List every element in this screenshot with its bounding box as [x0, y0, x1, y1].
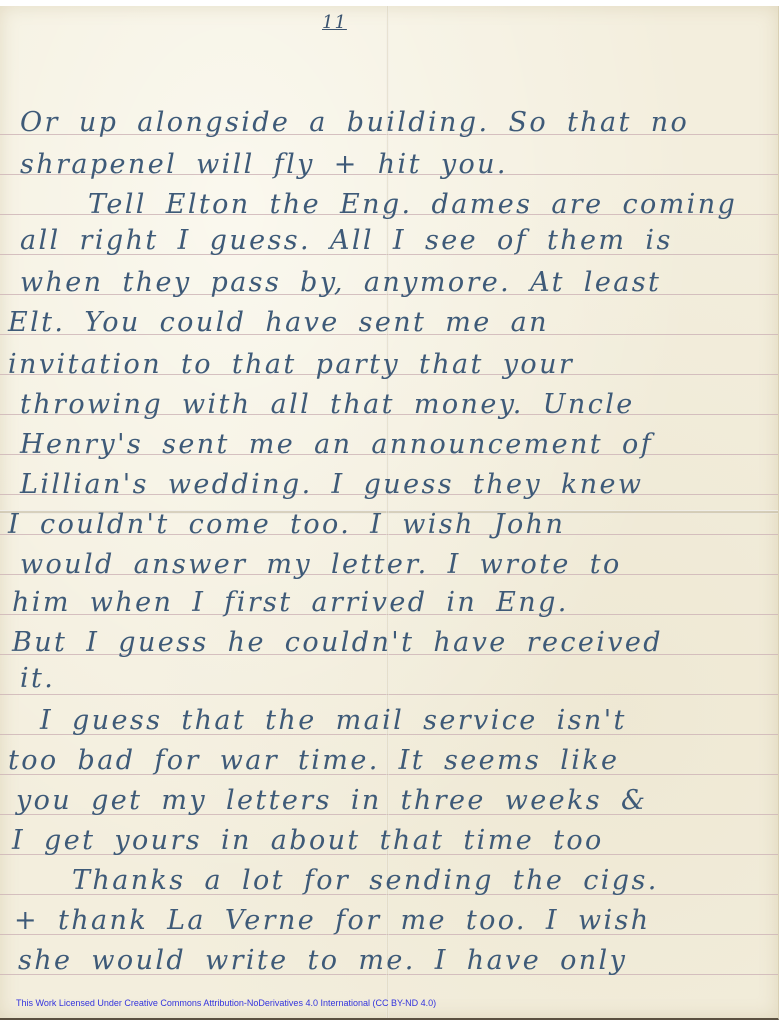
page-number: 11: [322, 12, 347, 33]
handwritten-line: Henry's sent me an announcement of: [20, 430, 653, 460]
handwritten-line: But I guess he couldn't have received: [12, 628, 663, 658]
handwritten-line: invitation to that party that your: [8, 350, 574, 380]
handwritten-line: she would write to me. I have only: [18, 946, 627, 976]
handwritten-line: it.: [20, 664, 55, 694]
license-notice: This Work Licensed Under Creative Common…: [16, 998, 436, 1008]
handwritten-line: I guess that the mail service isn't: [40, 706, 627, 736]
handwritten-line: when they pass by, anymore. At least: [20, 268, 661, 298]
handwritten-line: Or up alongside a building. So that no: [20, 108, 689, 138]
handwritten-line: would answer my letter. I wrote to: [20, 550, 622, 580]
handwritten-line: + thank La Verne for me too. I wish: [14, 906, 651, 936]
letter-paper: 11 Or up alongside a building. So that n…: [0, 6, 779, 1020]
handwritten-line: Elt. You could have sent me an: [8, 308, 549, 338]
handwritten-line: throwing with all that money. Uncle: [20, 390, 635, 420]
handwritten-line: I couldn't come too. I wish John: [8, 510, 565, 540]
handwritten-line: all right I guess. All I see of them is: [20, 226, 673, 256]
handwritten-line: Tell Elton the Eng. dames are coming: [88, 190, 737, 220]
ruled-line: [0, 694, 778, 695]
handwritten-line: Lillian's wedding. I guess they knew: [20, 470, 643, 500]
handwritten-line: you get my letters in three weeks &: [16, 786, 647, 816]
handwritten-line: him when I first arrived in Eng.: [12, 588, 569, 618]
handwritten-line: Thanks a lot for sending the cigs.: [72, 866, 659, 896]
handwritten-line: too bad for war time. It seems like: [8, 746, 619, 776]
handwritten-line: I get yours in about that time too: [12, 826, 604, 856]
handwritten-line: shrapenel will fly + hit you.: [20, 150, 508, 180]
